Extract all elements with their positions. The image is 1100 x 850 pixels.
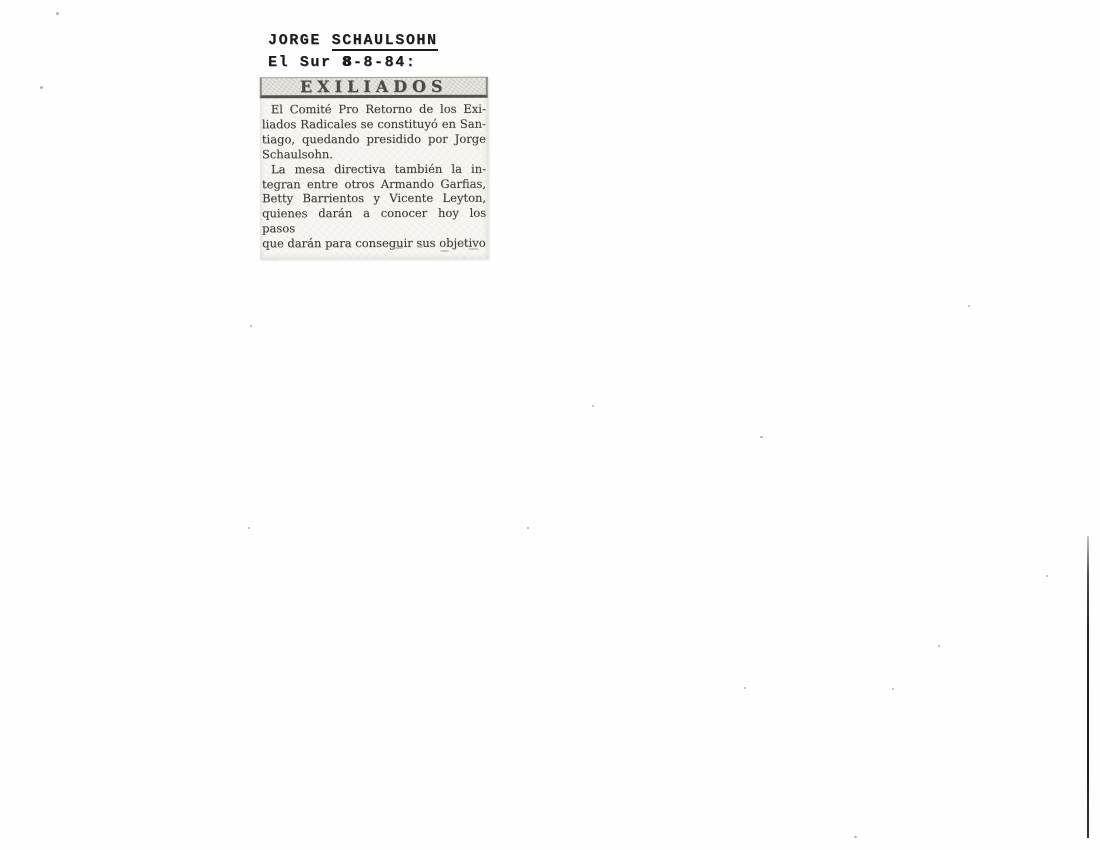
clipping-smudge [459,243,465,245]
clipping-body-line: liados Radicales se constituyó en San- [262,117,486,132]
typewritten-annotation: JORGE SCHAULSOHN El Sur 8-8-84: [268,30,438,74]
newspaper-clipping: EXILIADOS El Comité Pro Retorno de los E… [260,77,488,260]
clipping-body-line: La mesa directiva también la in- [262,161,486,176]
scan-vertical-line [1087,536,1089,838]
scan-speck [250,325,252,327]
scan-speck [938,645,940,647]
typed-overstruck-digit: 8 [342,54,353,71]
clipping-body-line: quienes darán a conocer hoy los pasos [262,206,486,236]
clipping-smudge [417,245,423,248]
clipping-body-line: El Comité Pro Retorno de los Exi- [262,102,486,117]
clipping-headline: EXILIADOS [300,77,448,96]
typed-first-name: JORGE [268,32,332,49]
typed-source: El Sur [268,54,342,71]
clipping-body-line: tiago, quedando presidido por Jorge [262,132,486,147]
clipping-smudge [392,247,403,249]
scanned-page: JORGE SCHAULSOHN El Sur 8-8-84: EXILIADO… [0,0,1100,850]
scan-speck [56,12,59,15]
scan-speck [40,86,43,89]
scan-speck [592,405,594,407]
scan-speck [968,305,970,307]
clipping-body: El Comité Pro Retorno de los Exi-liados … [260,98,488,252]
clipping-body-line: tegran entre otros Armando Garfias, [262,176,486,191]
clipping-body-line: Schaulsohn. [262,146,486,161]
scan-speck [892,688,894,690]
typed-source-date-line: El Sur 8-8-84: [268,52,438,74]
clipping-smudge [468,248,479,250]
clipping-body-line: Betty Barrientos y Vicente Leyton, [262,191,486,206]
typed-date-rest: -8-84: [353,54,417,71]
clipping-smudge [440,250,449,252]
scan-speck [854,836,857,838]
typed-surname-underlined: SCHAULSOHN [332,32,438,51]
scan-speck [760,436,763,438]
scan-speck [744,687,746,689]
clipping-body-line: que darán para conseguir sus objetivos. [262,236,486,251]
clipping-headline-box: EXILIADOS [260,77,488,99]
scan-speck [527,527,529,529]
scan-speck [248,527,250,529]
scan-speck [1046,575,1048,577]
typed-name-line: JORGE SCHAULSOHN [268,30,438,52]
